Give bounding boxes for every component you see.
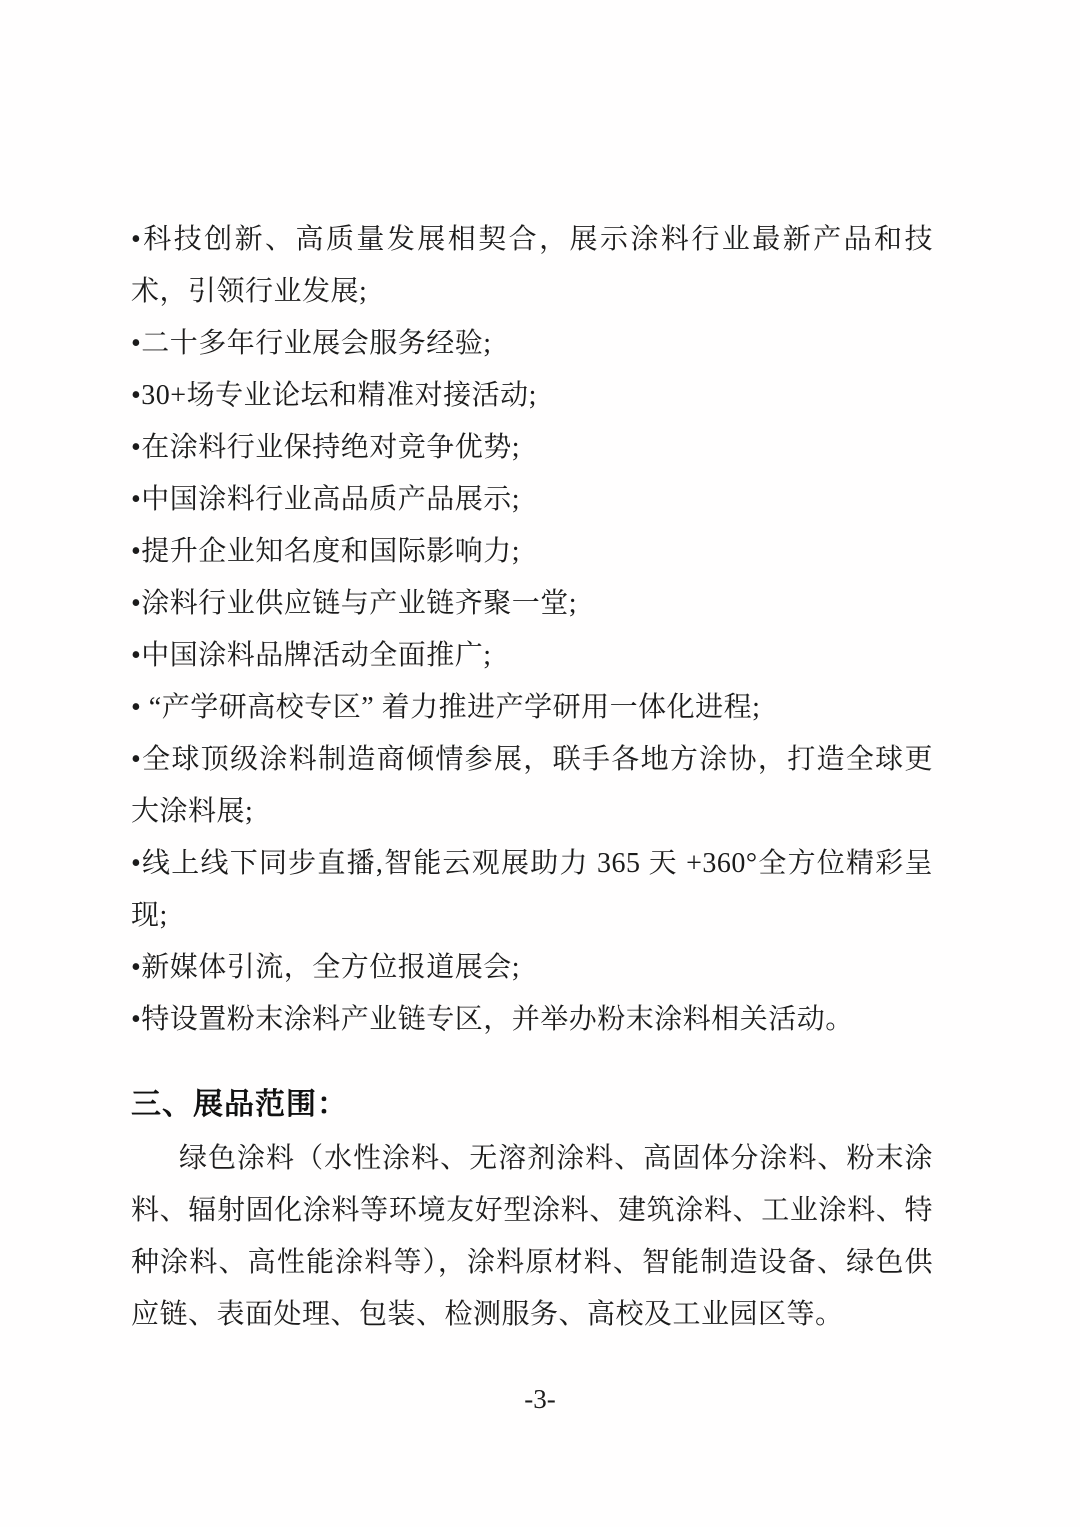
bullet-item: •中国涂料行业高品质产品展示; [131,474,933,526]
bullet-item: •在涂料行业保持绝对竞争优势; [131,422,933,474]
section-heading-exhibit-scope: 三、展品范围： [131,1079,933,1131]
bullet-item: • “产学研高校专区” 着力推进产学研用一体化进程; [131,682,933,734]
page-number: -3- [0,1384,1080,1415]
bullet-item: •新媒体引流，全方位报道展会; [131,942,933,994]
bullet-item: •全球顶级涂料制造商倾情参展，联手各地方涂协，打造全球更大涂料展; [131,734,933,838]
bullet-item: •线上线下同步直播,智能云观展助力 365 天 +360°全方位精彩呈现; [131,838,933,942]
bullet-item: •科技创新、高质量发展相契合，展示涂料行业最新产品和技术，引领行业发展; [131,214,933,318]
bullet-item: •提升企业知名度和国际影响力; [131,526,933,578]
section-paragraph-exhibit-scope: 绿色涂料（水性涂料、无溶剂涂料、高固体分涂料、粉末涂料、辐射固化涂料等环境友好型… [131,1133,933,1341]
highlights-bullet-list: •科技创新、高质量发展相契合，展示涂料行业最新产品和技术，引领行业发展; •二十… [131,214,933,1046]
bullet-item: •中国涂料品牌活动全面推广; [131,630,933,682]
bullet-item: •30+场专业论坛和精准对接活动; [131,370,933,422]
bullet-item: •二十多年行业展会服务经验; [131,318,933,370]
document-page: •科技创新、高质量发展相契合，展示涂料行业最新产品和技术，引领行业发展; •二十… [0,0,1080,1527]
document-content: •科技创新、高质量发展相契合，展示涂料行业最新产品和技术，引领行业发展; •二十… [131,214,933,1341]
bullet-item: •特设置粉末涂料产业链专区，并举办粉末涂料相关活动。 [131,994,933,1046]
bullet-item: •涂料行业供应链与产业链齐聚一堂; [131,578,933,630]
